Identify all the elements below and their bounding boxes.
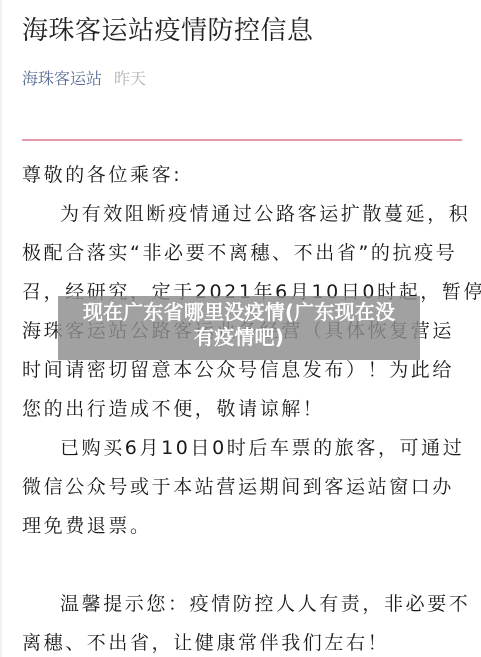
article-title: 海珠客运站疫情防控信息 [22,10,314,47]
article-meta: 海珠客运站昨天 [22,66,146,89]
greeting: 尊敬的各位乘客: [22,156,462,195]
paragraph-2-cont: 微信公众号或于本站营运期间到客运站窗口办 理免费退票。 [22,468,462,546]
paragraph-1: 为有效阻断疫情通过公路客运扩散蔓延，积 [22,195,462,234]
title-divider [22,139,462,141]
author-link[interactable]: 海珠客运站 [22,69,102,88]
publish-date: 昨天 [114,69,146,88]
overlay-line-1: 现在广东省哪里没疫情(广东现在没 [58,300,420,325]
paragraph-3-cont: 离穗、不出省，让健康常伴我们左右！ [22,624,462,657]
overlay-line-2: 有疫情吧) [58,325,420,350]
left-edge [0,0,2,657]
paragraph-3: 温馨提示您：疫情防控人人有责，非必要不 [22,585,462,624]
paragraph-2: 已购买6月10日0时后车票的旅客，可通过 [22,429,462,468]
article-body: 尊敬的各位乘客: 为有效阻断疫情通过公路客运扩散蔓延，积 极配合落实“非必要不离… [22,156,462,657]
spacer [22,546,462,585]
caption-overlay: 现在广东省哪里没疫情(广东现在没 有疫情吧) [58,296,420,360]
